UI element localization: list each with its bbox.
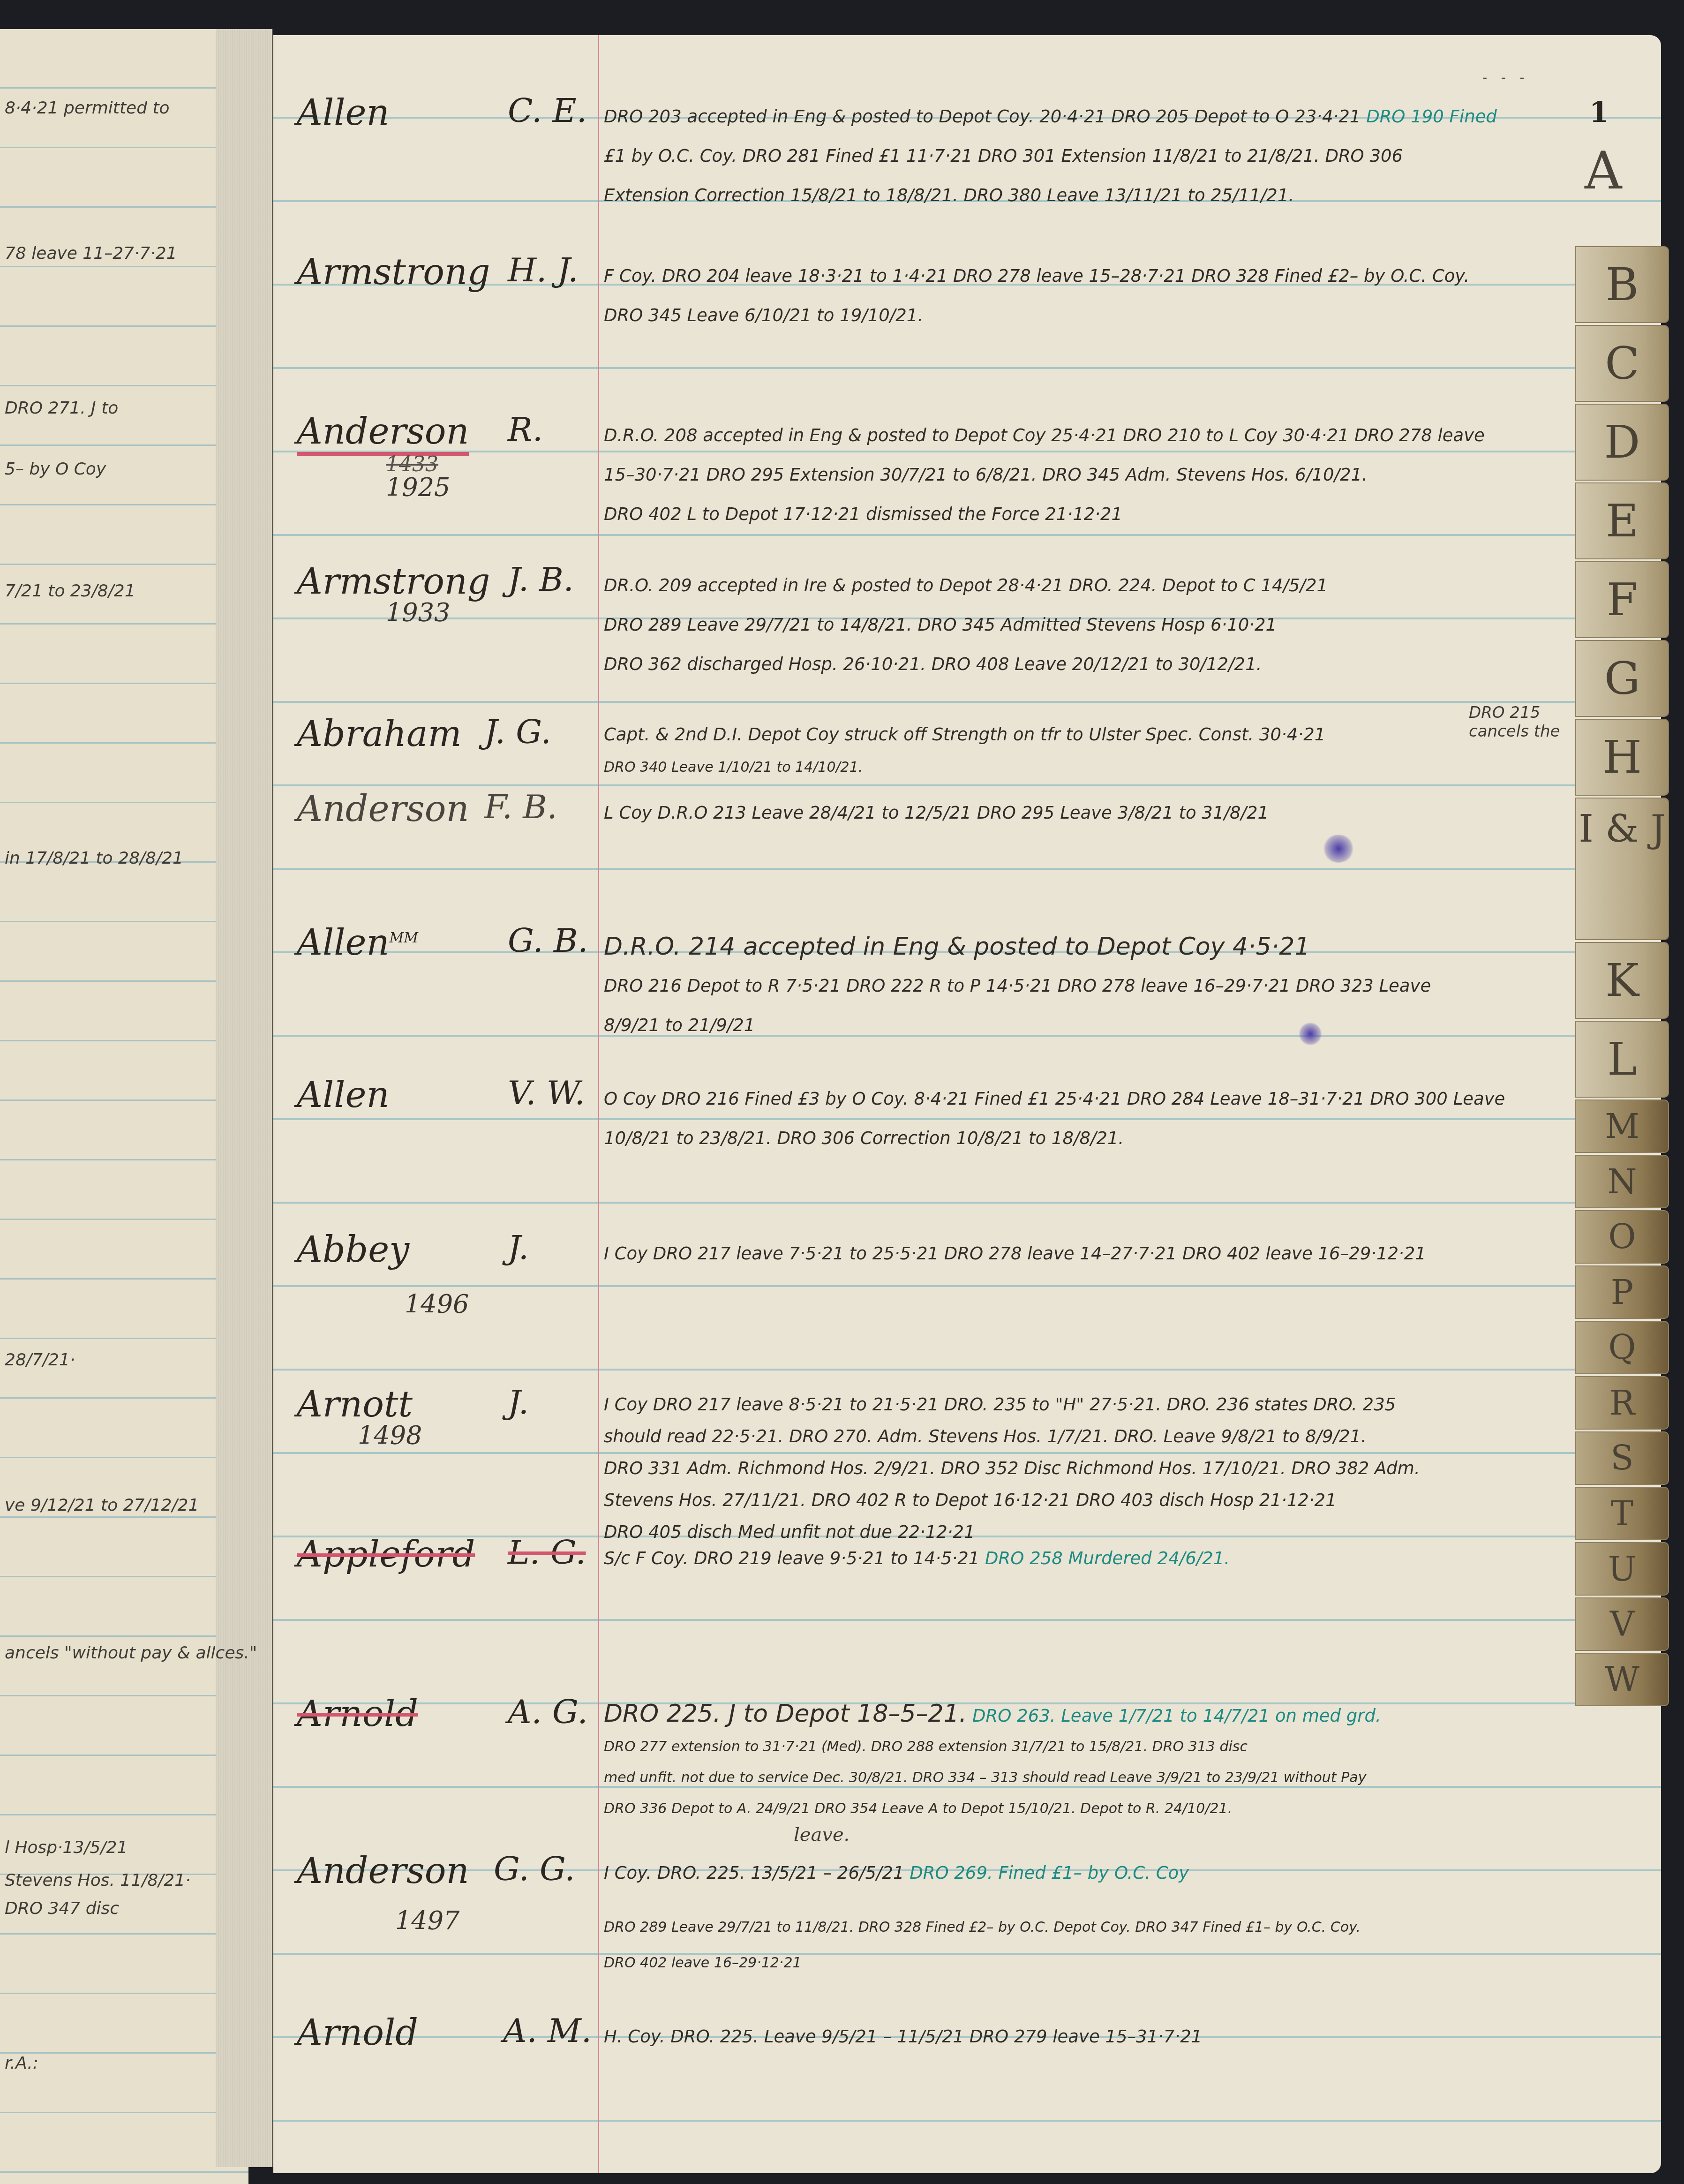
service-number: 1497 (395, 1906, 459, 1935)
service-number: 14331925 (386, 452, 450, 502)
inserted-note: leave. (794, 1824, 850, 1845)
index-tab-i-j[interactable]: I & J (1575, 798, 1669, 940)
entry-details: L Coy D.R.O 213 Leave 28/4/21 to 12/5/21… (604, 793, 1579, 833)
initials: C. E. (508, 91, 587, 130)
initials: R. (508, 410, 543, 449)
alphabet-index-tabs: B C D E F G H I & J K L M N O P Q R S T … (1575, 246, 1669, 1708)
initials: J. (508, 1228, 529, 1267)
initials: J. G. (484, 713, 551, 751)
initials: J. (508, 1383, 529, 1422)
mm-superscript: MM (389, 930, 418, 946)
left-fragment: in 17/8/21 to 28/8/21 (5, 849, 183, 868)
page-number: 1 (1589, 96, 1609, 129)
index-tab-m[interactable]: M (1575, 1100, 1669, 1153)
ink-blot (1322, 835, 1355, 863)
surname: Arnold (297, 2011, 418, 2053)
left-fragment: 78 leave 11–27·7·21 (5, 244, 177, 263)
index-tab-s[interactable]: S (1575, 1431, 1669, 1485)
surname: Arnott (297, 1383, 413, 1425)
entry-details: I Coy DRO 217 leave 7·5·21 to 25·5·21 DR… (604, 1234, 1579, 1273)
surname: Anderson (297, 410, 469, 452)
index-tab-e[interactable]: E (1575, 482, 1669, 559)
initials: G. B. (508, 921, 588, 960)
entry-details: I Coy. DRO. 225. 13/5/21 – 26/5/21 DRO 2… (604, 1855, 1579, 1981)
entry-details: O Coy DRO 216 Fined £3 by O Coy. 8·4·21 … (604, 1079, 1579, 1158)
green-ink-note: DRO 190 Fined (1366, 106, 1497, 127)
initials: A. M. (503, 2011, 592, 2050)
index-tab-d[interactable]: D (1575, 404, 1669, 481)
index-tab-f[interactable]: F (1575, 561, 1669, 638)
entry-details: DRO 225. J to Depot 18–5–21. DRO 263. Le… (604, 1698, 1579, 1824)
left-fragment: 5– by O Coy (5, 459, 106, 479)
service-number: 1496 (405, 1289, 469, 1319)
initials: V. W. (508, 1074, 585, 1112)
entry-details: DR.O. 209 accepted in Ire & posted to De… (604, 566, 1579, 684)
initials: L. G. (508, 1533, 586, 1572)
index-tab-r[interactable]: R (1575, 1376, 1669, 1430)
index-tab-q[interactable]: Q (1575, 1321, 1669, 1374)
index-tab-p[interactable]: P (1575, 1265, 1669, 1319)
binding-gutter (216, 29, 273, 2167)
surname: Allen (297, 91, 389, 133)
initials: J. B. (508, 560, 574, 599)
green-ink-note: DRO 269. Fined £1– by O.C. Coy (910, 1863, 1189, 1883)
entry-details: D.R.O. 208 accepted in Eng & posted to D… (604, 416, 1579, 534)
left-fragment: ancels "without pay & allces." (5, 1643, 257, 1663)
surname: Abbey (297, 1228, 409, 1270)
left-fragment: 7/21 to 23/8/21 (5, 581, 135, 601)
left-fragment: l Hosp·13/5/21 (5, 1838, 128, 1857)
left-fragment: 28/7/21· (5, 1350, 75, 1370)
index-letter-current: A (1585, 141, 1622, 201)
initials: F. B. (484, 788, 557, 826)
left-fragment: 8·4·21 permitted to (5, 98, 170, 118)
left-fragment: ve 9/12/21 to 27/12/21 (5, 1496, 199, 1515)
index-tab-h[interactable]: H (1575, 719, 1669, 796)
left-fragment: DRO 347 disc (5, 1899, 119, 1918)
service-number: 1933 (386, 598, 450, 627)
left-fragment: r.A.: (5, 2054, 38, 2073)
index-tab-o[interactable]: O (1575, 1210, 1669, 1264)
index-tab-c[interactable]: C (1575, 325, 1669, 402)
index-tab-v[interactable]: V (1575, 1597, 1669, 1651)
red-margin-rule (598, 35, 599, 2173)
entry-details: DRO 203 accepted in Eng & posted to Depo… (604, 97, 1579, 215)
green-ink-note: DRO 263. Leave 1/7/21 to 14/7/21 on med … (972, 1706, 1381, 1726)
index-tab-g[interactable]: G (1575, 640, 1669, 717)
index-tab-k[interactable]: K (1575, 942, 1669, 1019)
surname: Appleford (297, 1533, 475, 1575)
surname: Allen (297, 1074, 389, 1115)
surname: Armstrong (297, 251, 490, 293)
left-fragment: DRO 271. J to (5, 399, 118, 418)
surname: AllenMM (297, 921, 418, 963)
index-tab-u[interactable]: U (1575, 1542, 1669, 1596)
entry-details: H. Coy. DRO. 225. Leave 9/5/21 – 11/5/21… (604, 2017, 1579, 2056)
index-tab-n[interactable]: N (1575, 1155, 1669, 1208)
entry-details: D.R.O. 214 accepted in Eng & posted to D… (604, 927, 1579, 1045)
entry-details: I Coy DRO 217 leave 8·5·21 to 21·5·21 DR… (604, 1389, 1579, 1548)
header-mark: - - - (1482, 69, 1529, 86)
surname: Abraham (297, 713, 462, 754)
index-tab-w[interactable]: W (1575, 1653, 1669, 1706)
entry-details: F Coy. DRO 204 leave 18·3·21 to 1·4·21 D… (604, 256, 1579, 335)
index-tab-b[interactable]: B (1575, 246, 1669, 323)
initials: H. J. (508, 251, 578, 289)
surname: Armstrong (297, 560, 490, 602)
surname: Anderson (297, 788, 469, 829)
initials: A. G. (508, 1693, 588, 1731)
index-tab-l[interactable]: L (1575, 1021, 1669, 1098)
surname: Anderson (297, 1850, 469, 1891)
green-ink-note: DRO 258 Murdered 24/6/21. (985, 1548, 1230, 1568)
entry-details: Capt. & 2nd D.I. Depot Coy struck off St… (604, 718, 1579, 784)
surname: Arnold (297, 1693, 418, 1734)
left-page (0, 29, 248, 2184)
service-number: 1498 (358, 1421, 422, 1450)
initials: G. G. (494, 1850, 575, 1888)
left-fragment: Stevens Hos. 11/8/21· (5, 1871, 191, 1890)
entry-details: S/c F Coy. DRO 219 leave 9·5·21 to 14·5·… (604, 1539, 1579, 1578)
index-tab-t[interactable]: T (1575, 1487, 1669, 1540)
